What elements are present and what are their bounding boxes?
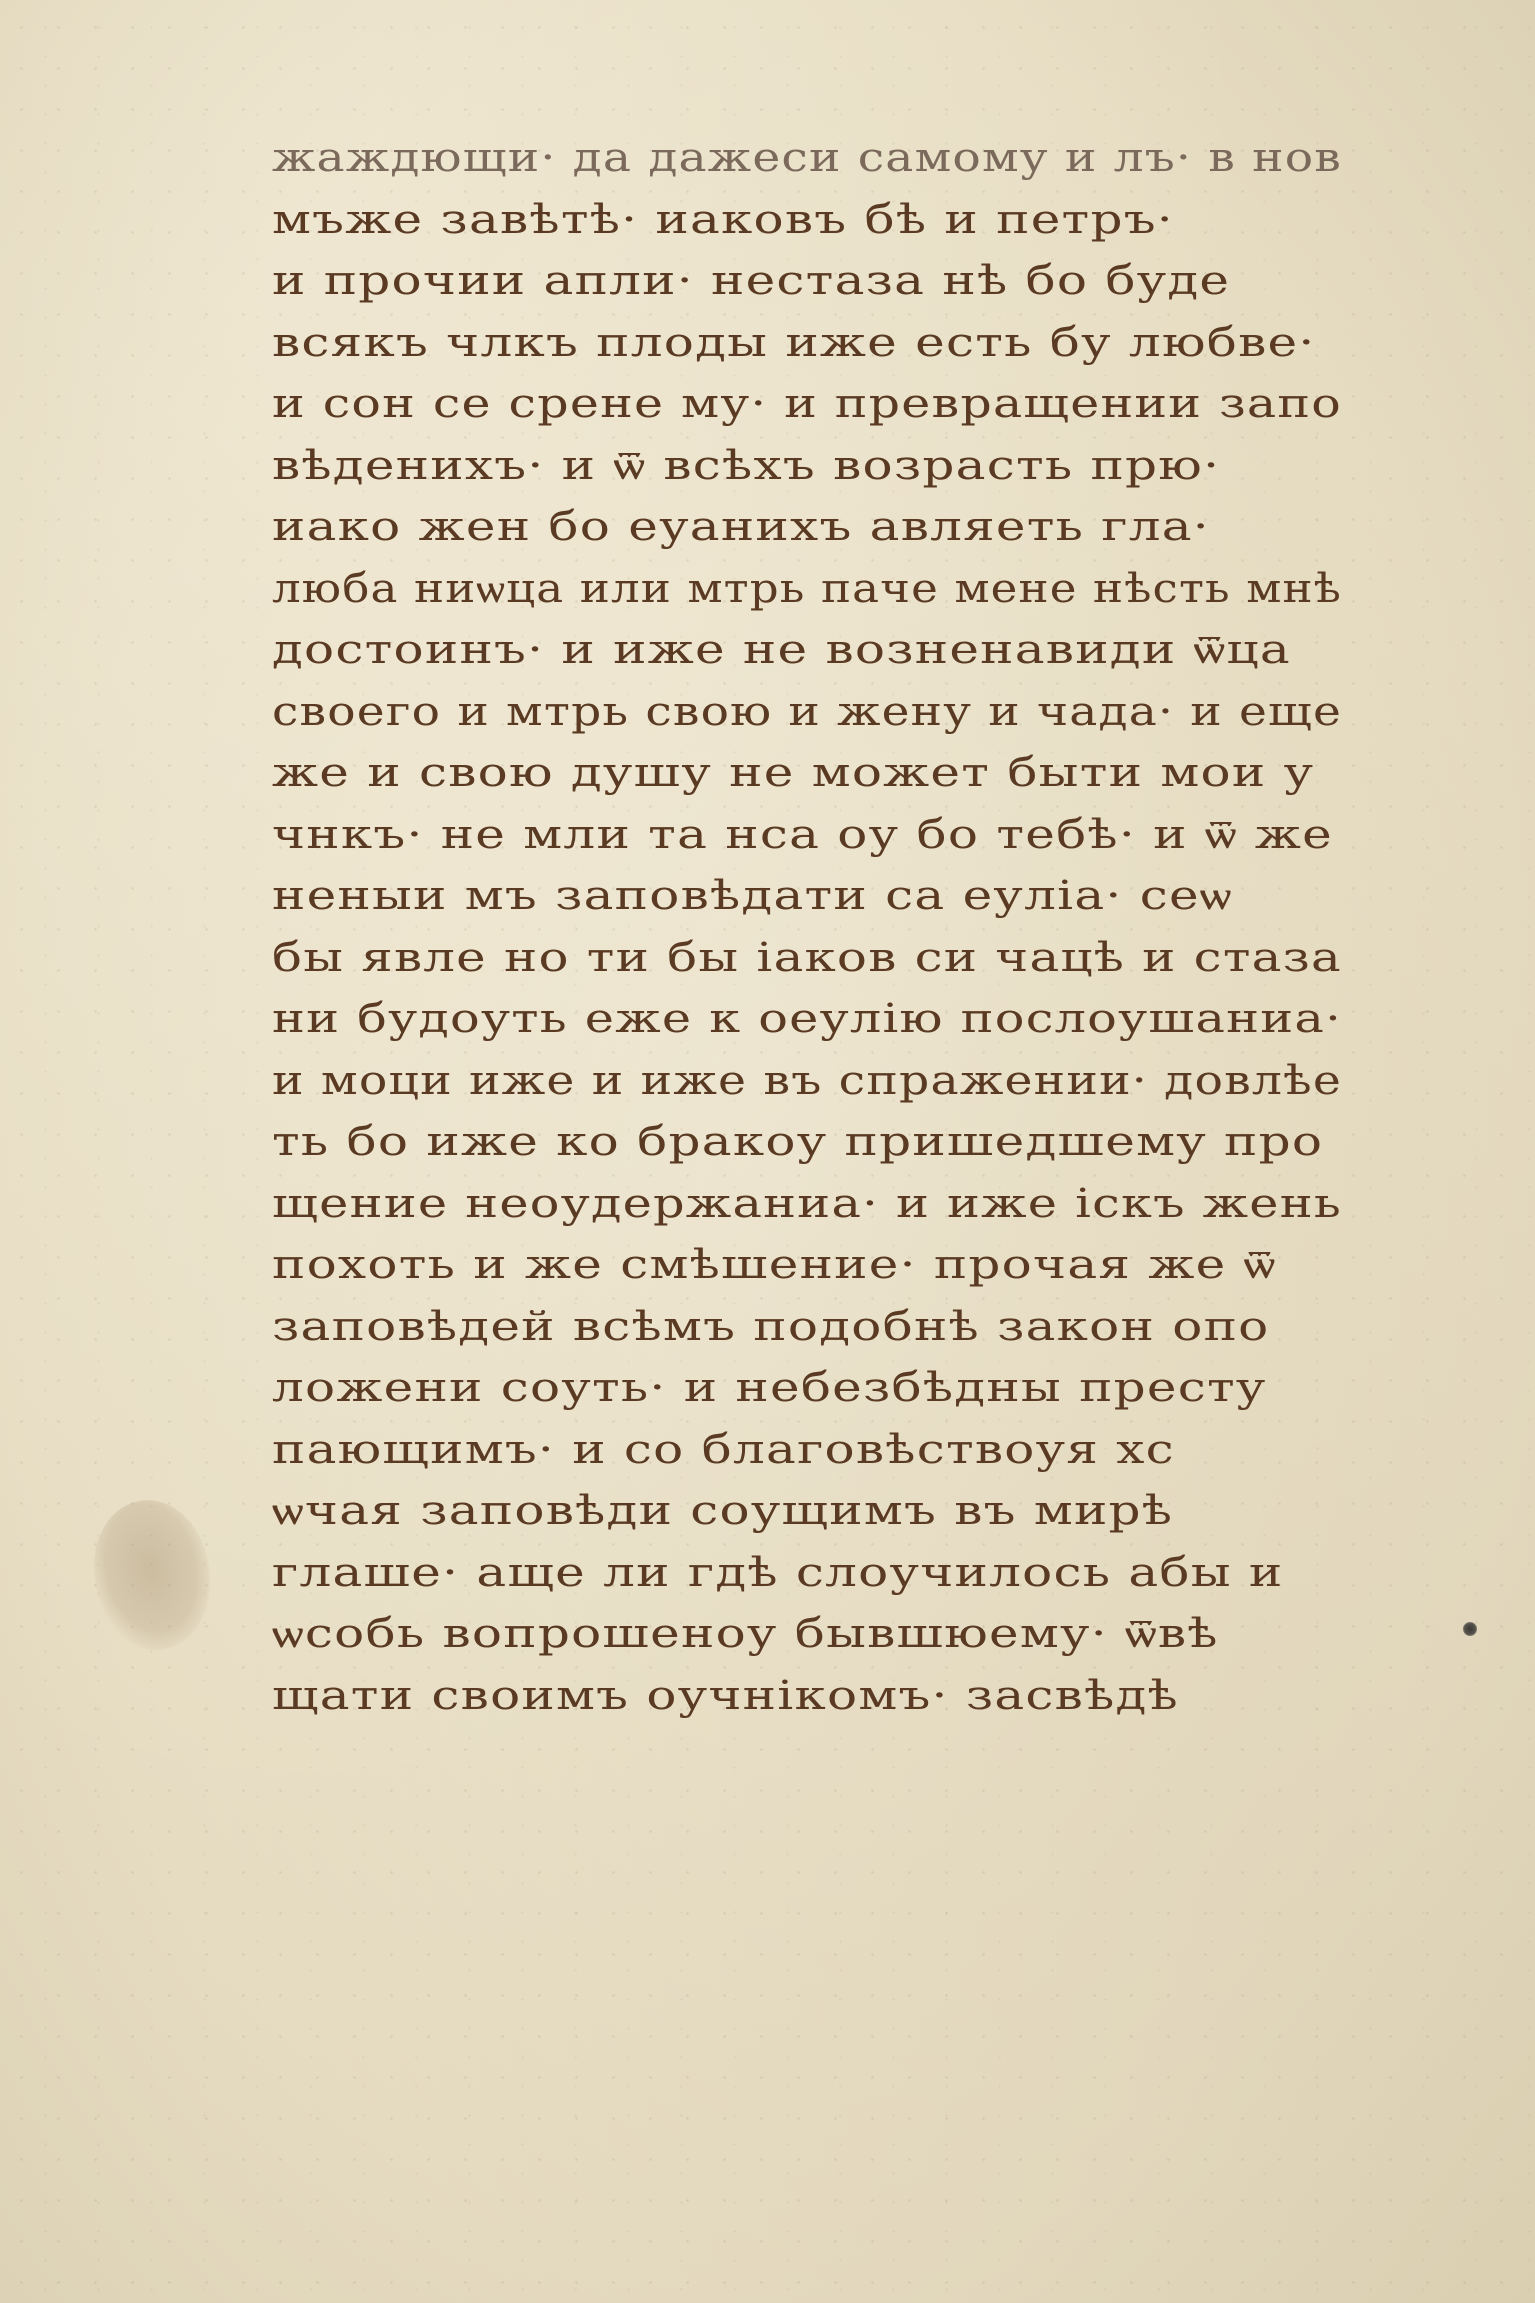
line-text: пающимъ· и со благовѣствоуя хс: [272, 1420, 1175, 1482]
text-line: ѡсобь вопрошеноу бывшюему· ѿвѣ: [272, 1604, 1342, 1666]
text-line: бы явле но ти бы іаков си чацѣ и стаза: [272, 928, 1342, 990]
line-text: и сон се срене му· и превращении запо: [272, 374, 1342, 436]
text-line: и прочии апли· нестаза нѣ бо буде: [272, 251, 1342, 313]
ink-spot: [1463, 1622, 1477, 1636]
manuscript-page: жаждющи· да дажеси самому и лъ· в нов мъ…: [0, 0, 1535, 2303]
text-line: же и свою душу не может быти мои у: [272, 743, 1342, 805]
text-line: щати своимъ оучнікомъ· засвѣдѣ: [272, 1666, 1342, 1728]
line-text: ѡсобь вопрошеноу бывшюему· ѿвѣ: [272, 1604, 1219, 1666]
text-line: похоть и же смѣшение· прочая же ѿ: [272, 1235, 1342, 1297]
text-line: чнкъ· не мли та нса оу бо тебѣ· и ѿ же: [272, 805, 1342, 867]
line-text: похоть и же смѣшение· прочая же ѿ: [272, 1235, 1276, 1297]
text-line: вѣденихъ· и ѿ всѣхъ возрасть прю·: [272, 436, 1342, 498]
text-line: и сон се срене му· и превращении запо: [272, 374, 1342, 436]
line-text: заповѣдей всѣмъ подобнѣ закон опо: [272, 1297, 1270, 1359]
text-line: ть бо иже ко бракоу пришедшему про: [272, 1112, 1342, 1174]
line-text: жаждющи· да дажеси самому и лъ· в нов: [272, 128, 1342, 190]
line-text: ложени соуть· и небезбѣдны престу: [272, 1358, 1267, 1420]
text-line: ни будоуть еже к оеулію послоушаниа·: [272, 989, 1342, 1051]
line-text: вѣденихъ· и ѿ всѣхъ возрасть прю·: [272, 436, 1220, 498]
line-text: ть бо иже ко бракоу пришедшему про: [272, 1112, 1323, 1174]
text-line: ѡчая заповѣди соущимъ въ мирѣ: [272, 1481, 1342, 1543]
text-line: заповѣдей всѣмъ подобнѣ закон опо: [272, 1297, 1342, 1359]
text-line: щение неоудержаниа· и иже іскъ жень: [272, 1174, 1342, 1236]
text-line: люба ниѡца или мтрь паче мене нѣсть мнѣ: [272, 559, 1342, 621]
line-text: же и свою душу не может быти мои у: [272, 743, 1314, 805]
text-line: пающимъ· и со благовѣствоуя хс: [272, 1420, 1342, 1482]
line-text: чнкъ· не мли та нса оу бо тебѣ· и ѿ же: [272, 805, 1333, 867]
text-line: всякъ члкъ плоды иже есть бу любве·: [272, 313, 1342, 375]
line-text: щение неоудержаниа· и иже іскъ жень: [272, 1174, 1342, 1236]
text-line: мъже завѣтѣ· иаковъ бѣ и петръ·: [272, 190, 1342, 252]
line-text: неныи мъ заповѣдати са еуліа· сеѡ: [272, 866, 1233, 928]
text-line: иако жен бо еуанихъ авляеть гла·: [272, 497, 1342, 559]
text-line: своего и мтрь свою и жену и чада· и еще: [272, 682, 1342, 744]
line-text: мъже завѣтѣ· иаковъ бѣ и петръ·: [272, 190, 1174, 252]
line-text: бы явле но ти бы іаков си чацѣ и стаза: [272, 928, 1342, 990]
text-line: жаждющи· да дажеси самому и лъ· в нов: [272, 128, 1342, 190]
line-text: иако жен бо еуанихъ авляеть гла·: [272, 497, 1210, 559]
line-text: и моци иже и иже въ спражении· довлѣе: [272, 1051, 1342, 1113]
line-text: ни будоуть еже к оеулію послоушаниа·: [272, 989, 1342, 1051]
line-text: и прочии апли· нестаза нѣ бо буде: [272, 251, 1230, 313]
line-text: ѡчая заповѣди соущимъ въ мирѣ: [272, 1481, 1173, 1543]
line-text: люба ниѡца или мтрь паче мене нѣсть мнѣ: [272, 559, 1342, 621]
line-text: щати своимъ оучнікомъ· засвѣдѣ: [272, 1666, 1179, 1728]
text-line: глаше· аще ли гдѣ слоучилось абы и: [272, 1543, 1342, 1605]
text-line: и моци иже и иже въ спражении· довлѣе: [272, 1051, 1342, 1113]
text-line: ложени соуть· и небезбѣдны престу: [272, 1358, 1342, 1420]
text-line: неныи мъ заповѣдати са еуліа· сеѡ: [272, 866, 1342, 928]
text-line: достоинъ· и иже не возненавиди ѿца: [272, 620, 1342, 682]
line-text: глаше· аще ли гдѣ слоучилось абы и: [272, 1543, 1284, 1605]
manuscript-text-block: жаждющи· да дажеси самому и лъ· в нов мъ…: [272, 128, 1342, 1727]
line-text: своего и мтрь свою и жену и чада· и еще: [272, 682, 1342, 744]
line-text: достоинъ· и иже не возненавиди ѿца: [272, 620, 1291, 682]
line-text: всякъ члкъ плоды иже есть бу любве·: [272, 313, 1315, 375]
